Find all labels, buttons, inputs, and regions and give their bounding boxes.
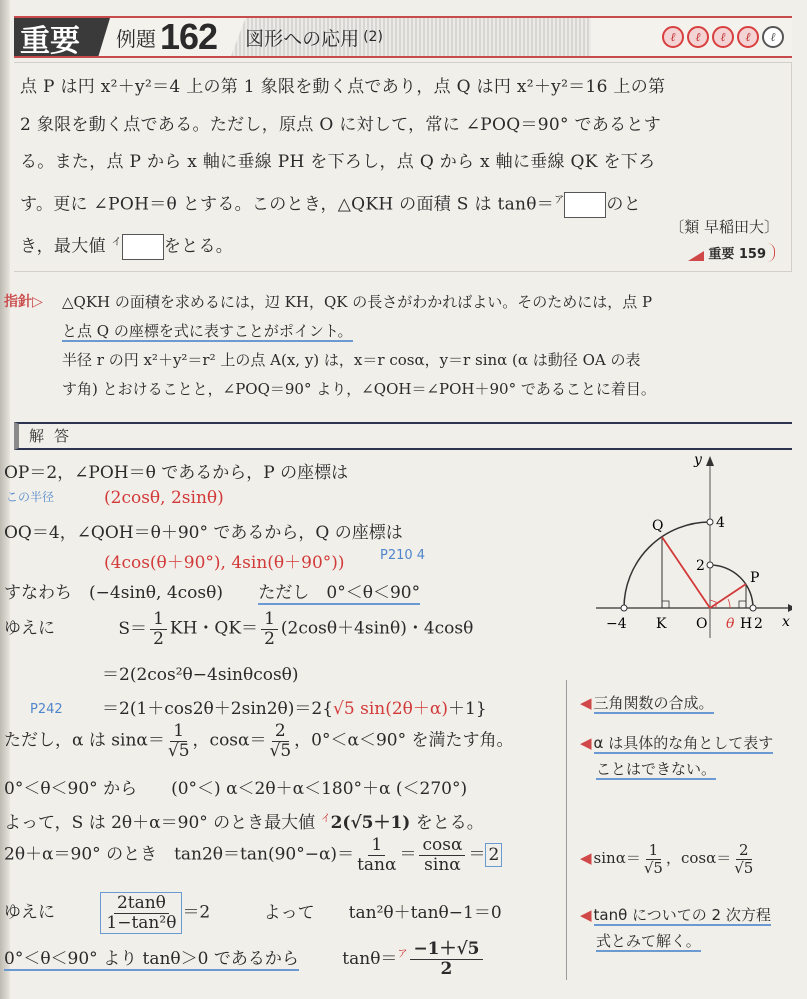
side-note: ◀tanθ についての 2 次方程 式とみて解く。: [580, 902, 771, 954]
tick-label-4: 4: [716, 515, 725, 531]
blank-label-b: イ: [112, 237, 122, 248]
handwritten-note: この半径: [6, 488, 54, 505]
example-title: 図形への応用 (2): [231, 18, 591, 56]
tick-label-minus4: −4: [606, 616, 627, 632]
triangle-marker-icon: ◀: [580, 694, 592, 712]
example-number: 162: [156, 18, 231, 56]
handwritten-note: P210 4: [380, 548, 425, 563]
solution-line-quadratic: ゆえに 2tanθ1−tan²θ＝2 よって tan²θ＋tanθ−1＝0: [4, 892, 502, 934]
example-label: 例題: [110, 18, 156, 56]
tick-label-2x: 2: [754, 616, 763, 632]
hint-line: と点 Q の座標を式に表すことがポイント。: [14, 317, 792, 346]
side-note: ◀α は具体的な角として表す ことはできない。: [580, 730, 773, 782]
fraction: 12: [150, 610, 167, 648]
solution-line-tan: 2θ＋α＝90° のとき tan2θ＝tan(90°−α)＝1tanα＝cosα…: [4, 836, 502, 874]
problem-text: をとる。: [164, 236, 233, 256]
fraction: 12: [261, 610, 278, 648]
handwritten-note: P242: [30, 702, 63, 717]
problem-text: す。更に ∠POH＝θ とする。このとき，△QKH の面積 S は tanθ＝: [20, 194, 554, 214]
solution-line-p-coords: (2cosθ, 2sinθ): [104, 488, 224, 508]
axis-label-y: y: [693, 452, 703, 468]
margin-divider: [566, 680, 567, 980]
solution-text: (2cosθ＋4sinθ)・4cosθ: [281, 619, 474, 639]
problem-line: す。更に ∠POH＝θ とする。このとき，△QKH の面積 S は tanθ＝ア…: [20, 182, 781, 224]
solution-line-alpha-def: ただし，α は sinα＝1√5，cosα＝2√5，0°＜α＜90° を満たす角…: [4, 722, 514, 760]
tick-label-2y: 2: [696, 558, 705, 574]
hint-line: △QKH の面積を求めるには，辺 KH，QK の長さがわかればよい。そのためには…: [14, 288, 792, 317]
solution-line: ＝2(1＋cos2θ＋2sin2θ)＝2{√5 sin(2θ＋α)＋1}: [102, 694, 487, 719]
problem-box: 点 P は円 x²＋y²＝4 上の第 1 象限を動く点であり，点 Q は円 x²…: [14, 62, 792, 272]
hint-line: す角) とおけることと，∠POQ＝90° より，∠QOH＝∠POH＋90° であ…: [14, 375, 792, 404]
reference-link[interactable]: 重要 159: [684, 243, 775, 262]
solution-line-max: よって，S は 2θ＋α＝90° のとき最大値 イ2(√5＋1) をとる。: [4, 808, 484, 833]
solution-line-q-coords: (4cos(θ＋90°), 4sin(θ＋90°)): [104, 548, 345, 573]
point-label-o: O: [696, 616, 707, 632]
solution-text: すなわち (−4sinθ, 4cosθ): [4, 583, 223, 603]
max-value: 2(√5＋1): [331, 813, 411, 833]
problem-line: 2 象限を動く点である。ただし，原点 O に対して，常に ∠POQ＝90° であ…: [20, 107, 781, 145]
problem-line: き，最大値 イをとる。: [20, 224, 781, 266]
hint-section: 指針▷ △QKH の面積を求めるには，辺 KH，QK の長さがわかればよい。その…: [14, 288, 792, 404]
axis-label-x: x: [782, 614, 790, 630]
point-label-q: Q: [652, 518, 663, 534]
solution-line: OQ＝4，∠QOH＝θ＋90° であるから，Q の座標は: [4, 518, 403, 543]
point-label-k: K: [656, 616, 667, 632]
importance-badge: 重要: [14, 18, 110, 56]
difficulty-rating: ℓ ℓ ℓ ℓ ℓ: [662, 18, 792, 56]
blank-label-a: ア: [554, 195, 564, 206]
problem-text: き，最大値: [20, 236, 112, 256]
solution-line: ＝2(2cos²θ−4sinθcosθ): [102, 660, 299, 685]
point-label-h: H: [740, 616, 752, 632]
title-text: 図形への応用: [245, 24, 359, 51]
solution-text: ゆえに: [4, 619, 55, 639]
answer-blank-a[interactable]: [564, 192, 606, 218]
hint-line: 半径 r の円 x²＋y²＝r² 上の点 A(x, y) は，x＝r cosα，…: [14, 346, 792, 375]
synthesized-term: √5 sin(2θ＋α): [333, 699, 448, 719]
side-note: ◀sinα＝1√5，cosα＝2√5: [580, 842, 756, 876]
hint-underlined-text: と点 Q の座標を式に表すことがポイント。: [62, 322, 353, 342]
solution-text: ただし 0°＜θ＜90°: [258, 583, 420, 605]
solution-line: OP＝2，∠POH＝θ であるから，P の座標は: [4, 458, 348, 483]
triangle-marker-icon: ◀: [580, 906, 592, 924]
solution-line-final: 0°＜θ＜90° より tanθ＞0 であるから tanθ＝ア−1＋√52: [4, 940, 486, 978]
answer-blank-b[interactable]: [122, 234, 164, 260]
problem-text: のと: [606, 194, 641, 214]
problem-line: る。また，点 P から x 軸に垂線 PH を下ろし，点 Q から x 軸に垂線…: [20, 144, 781, 182]
answer-header: 解答: [14, 422, 792, 450]
solution-line: すなわち (−4sinθ, 4cosθ) ただし 0°＜θ＜90°: [4, 578, 420, 603]
solution-line-area: ゆえに S＝12KH・QK＝12(2cosθ＋4sinθ)・4cosθ: [4, 610, 473, 648]
textbook-page: 重要 例題 162 図形への応用 (2) ℓ ℓ ℓ ℓ ℓ 点 P は円 x²…: [0, 0, 807, 999]
triangle-marker-icon: ◀: [580, 734, 592, 752]
side-note: ◀三角関数の合成。: [580, 690, 714, 716]
solution-text: S＝: [118, 619, 147, 639]
point-label-p: P: [750, 570, 759, 586]
example-header: 重要 例題 162 図形への応用 (2) ℓ ℓ ℓ ℓ ℓ: [14, 16, 792, 58]
problem-source: 〔類 早稲田大〕: [669, 216, 779, 237]
difficulty-filled-icon: ℓ: [687, 26, 709, 48]
triangle-marker-icon: ◀: [580, 849, 592, 867]
solution-line: 0°＜θ＜90° から (0°＜) α＜2θ＋α＜180°＋α (＜270°): [4, 774, 467, 799]
coordinate-diagram: y x Q P 4 2 −4 K O θ H 2: [592, 452, 792, 642]
hint-label: 指針▷: [4, 288, 43, 317]
difficulty-filled-icon: ℓ: [712, 26, 734, 48]
difficulty-filled-icon: ℓ: [737, 26, 759, 48]
problem-line: 点 P は円 x²＋y²＝4 上の第 1 象限を動く点であり，点 Q は円 x²…: [20, 69, 781, 107]
difficulty-filled-icon: ℓ: [662, 26, 684, 48]
difficulty-empty-icon: ℓ: [762, 26, 784, 48]
angle-label-theta: θ: [726, 616, 735, 632]
title-sub: (2): [363, 29, 383, 45]
solution-text: KH・QK＝: [170, 619, 258, 639]
